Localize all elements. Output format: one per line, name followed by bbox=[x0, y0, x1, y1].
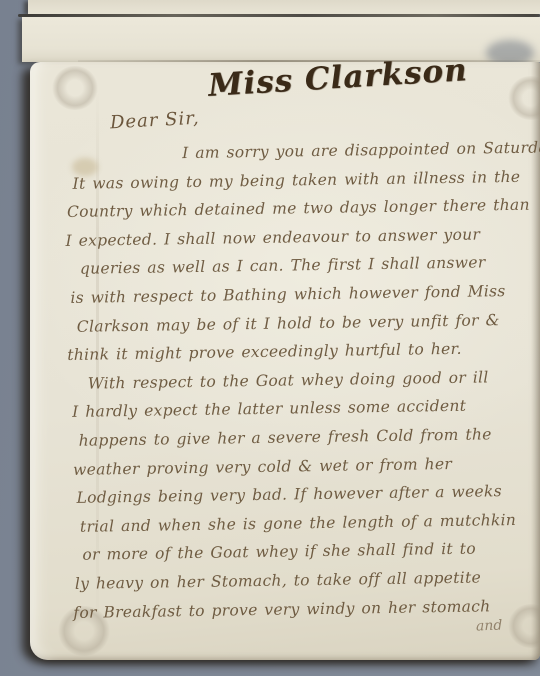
upper-page-edge bbox=[28, 0, 540, 14]
wafer-stain bbox=[508, 76, 540, 120]
salutation: Dear Sir, bbox=[110, 108, 201, 134]
letter-body: I am sorry you are disappointed on Satur… bbox=[64, 138, 540, 632]
letter-page: Miss Clarkson Dear Sir, I am sorry you a… bbox=[30, 62, 540, 660]
wafer-stain bbox=[52, 66, 98, 110]
manuscript-photograph: Miss Clarkson Dear Sir, I am sorry you a… bbox=[0, 0, 540, 676]
manuscript-line: for Breakfast to prove very windy on her… bbox=[73, 596, 540, 632]
catchword: and bbox=[476, 618, 503, 635]
